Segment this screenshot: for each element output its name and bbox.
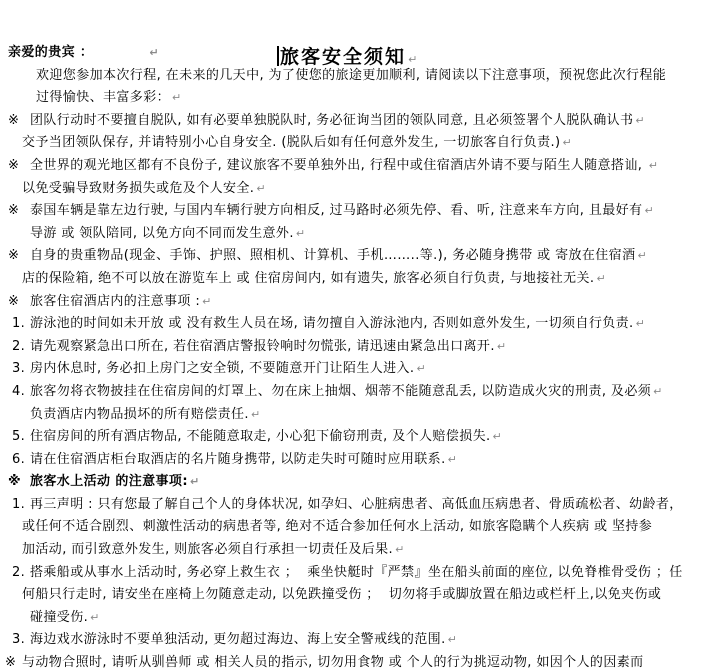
text-line: 欢迎您参加本次行程, 在未来的几天中, 为了使您的旅途更加顺利, 请阅读以下注意…	[0, 65, 727, 88]
list-marker: ※	[8, 110, 19, 133]
paragraph-mark-icon: ↵	[446, 453, 457, 466]
line-text: 旅客住宿酒店内的注意事项 :	[30, 294, 200, 309]
text-line: 何船只行走时, 请安坐在座椅上勿随意走动, 以免跌撞受伤 ； 切勿将手或脚放置在…	[0, 584, 727, 607]
list-marker: 3.	[12, 358, 25, 381]
bullet-line: ※与动物合照时, 请听从驯兽师 或 相关人员的指示, 切勿用食物 或 个人的行为…	[0, 652, 727, 670]
paragraph-mark-icon: ↵	[93, 46, 158, 59]
line-text: 负责酒店内物品损坏的所有赔偿责任.	[30, 407, 249, 422]
paragraph-mark-icon: ↵	[188, 475, 199, 488]
text-line: 店的保险箱, 绝不可以放在游览车上 或 住宿房间内, 如有遗失, 旅客必须自行负…	[0, 268, 727, 291]
list-marker: ※	[5, 652, 16, 670]
paragraph-mark-icon: ↵	[633, 114, 644, 127]
line-text: 以免受骗导致财务损失或危及个人安全.	[22, 181, 254, 196]
numbered-line: 1.游泳池的时间如未开放 或 没有救生人员在场, 请勿擅自入游泳池内, 否则如意…	[0, 313, 727, 336]
paragraph-mark-icon: ↵	[170, 91, 181, 104]
line-text: 亲爱的贵宾 ：	[8, 45, 93, 60]
text-line: 导游 或 领队陪同, 以免方向不同而发生意外.↵	[0, 223, 727, 246]
paragraph-mark-icon: ↵	[635, 249, 646, 262]
line-text: 何船只行走时, 请安坐在座椅上勿随意走动, 以免跌撞受伤 ； 切勿将手或脚放置在…	[22, 587, 661, 602]
numbered-line: 3.房内休息时, 务必扣上房门之安全锁, 不要随意开门让陌生人进入.↵	[0, 358, 727, 381]
text-line: 加活动, 而引致意外发生, 则旅客必须自行承担一切责任及后果.↵	[0, 539, 727, 562]
line-text: 海边戏水游泳时不要单独活动, 更勿超过海边、海上安全警戒线的范围.	[30, 632, 446, 647]
line-text: 住宿房间的所有酒店物品, 不能随意取走, 小心犯下偷窃刑责, 及个人赔偿损失.	[30, 429, 491, 444]
bullet-line: ※团队行动时不要擅自脱队, 如有必要单独脱队时, 务必征询当团的领队同意, 且必…	[0, 110, 727, 133]
paragraph-mark-icon: ↵	[294, 227, 305, 240]
paragraph-mark-icon: ↵	[647, 159, 658, 172]
bullet-line: ※旅客住宿酒店内的注意事项 :↵	[0, 291, 727, 314]
line-text: 过得愉快、丰富多彩：	[36, 90, 170, 105]
line-text: 团队行动时不要擅自脱队, 如有必要单独脱队时, 务必征询当团的领队同意, 且必须…	[30, 113, 633, 128]
list-marker: 1.	[12, 313, 25, 336]
paragraph-mark-icon: ↵	[651, 385, 662, 398]
paragraph-mark-icon: ↵	[642, 204, 653, 217]
line-text: 加活动, 而引致意外发生, 则旅客必须自行承担一切责任及后果.	[22, 542, 393, 557]
line-text: 旅客勿将衣物披挂在住宿房间的灯罩上、勿在床上抽烟、烟蒂不能随意乱丢, 以防造成火…	[30, 384, 651, 399]
numbered-line: 2.搭乘船或从事水上活动时, 务必穿上救生衣 ； 乘坐快艇时『严禁』坐在船头前面…	[0, 562, 727, 585]
line-text: 或任何不适合剧烈、刺激性活动的病患者等, 绝对不适合参加任何水上活动, 如旅客隐…	[22, 519, 652, 534]
line-text: 房内休息时, 务必扣上房门之安全锁, 不要随意开门让陌生人进入.	[30, 361, 414, 376]
list-marker: ※	[8, 245, 19, 268]
paragraph-mark-icon: ↵	[560, 136, 571, 149]
paragraph-mark-icon: ↵	[634, 317, 645, 330]
list-marker: 4.	[12, 381, 25, 404]
text-line: 或任何不适合剧烈、刺激性活动的病患者等, 绝对不适合参加任何水上活动, 如旅客隐…	[0, 516, 727, 539]
paragraph-mark-icon: ↵	[414, 362, 425, 375]
text-line: 以免受骗导致财务损失或危及个人安全.↵	[0, 178, 727, 201]
numbered-line: 6.请在住宿酒店柜台取酒店的名片随身携带, 以防走失时可随时应用联系.↵	[0, 449, 727, 472]
list-marker: ※	[8, 471, 21, 494]
paragraph-mark-icon: ↵	[594, 272, 605, 285]
text-line: 负责酒店内物品损坏的所有赔偿责任.↵	[0, 404, 727, 427]
list-marker: 6.	[12, 449, 25, 472]
paragraph-mark-icon: ↵	[446, 633, 457, 646]
line-text: 游泳池的时间如未开放 或 没有救生人员在场, 请勿擅自入游泳池内, 否则如意外发…	[30, 316, 634, 331]
bullet-line: ※自身的贵重物品(现金、手饰、护照、照相机、计算机、手机……..等.), 务必随…	[0, 245, 727, 268]
list-marker: 2.	[12, 336, 25, 359]
paragraph-mark-icon: ↵	[393, 543, 404, 556]
line-text: 旅客水上活动 的注意事项:	[30, 474, 188, 489]
list-marker: ※	[8, 291, 19, 314]
numbered-line: 4.旅客勿将衣物披挂在住宿房间的灯罩上、勿在床上抽烟、烟蒂不能随意乱丢, 以防造…	[0, 381, 727, 404]
list-marker: 5.	[12, 426, 25, 449]
text-line: 碰撞受伤.↵	[0, 607, 727, 630]
line-text: 再三声明 : 只有您最了解自己个人的身体状况, 如孕妇、心脏病患者、高低血压病患…	[30, 497, 683, 512]
paragraph-mark-icon: ↵	[88, 611, 99, 624]
text-line: 交予当团领队保存, 并请特别小心自身安全. (脱队后如有任何意外发生, 一切旅客…	[0, 132, 727, 155]
numbered-line: 3.海边戏水游泳时不要单独活动, 更勿超过海边、海上安全警戒线的范围.↵	[0, 629, 727, 652]
list-marker: ※	[8, 155, 19, 178]
line-text: 导游 或 领队陪同, 以免方向不同而发生意外.	[30, 226, 294, 241]
list-marker: ※	[8, 200, 19, 223]
line-text: 交予当团领队保存, 并请特别小心自身安全. (脱队后如有任何意外发生, 一切旅客…	[22, 135, 560, 150]
list-marker: 2.	[12, 562, 25, 585]
line-text: 自身的贵重物品(现金、手饰、护照、照相机、计算机、手机……..等.), 务必随身…	[30, 248, 635, 263]
numbered-line: 1.再三声明 : 只有您最了解自己个人的身体状况, 如孕妇、心脏病患者、高低血压…	[0, 494, 727, 517]
paragraph-mark-icon: ↵	[254, 182, 265, 195]
line-text: 欢迎您参加本次行程, 在未来的几天中, 为了使您的旅途更加顺利, 请阅读以下注意…	[36, 68, 666, 83]
bullet-line: ※旅客水上活动 的注意事项:↵	[0, 471, 727, 494]
bullet-line: ※全世界的观光地区都有不良份子, 建议旅客不要单独外出, 行程中或住宿酒店外请不…	[0, 155, 727, 178]
document-body: 亲爱的贵宾 ：↵欢迎您参加本次行程, 在未来的几天中, 为了使您的旅途更加顺利,…	[0, 42, 727, 670]
bullet-line: ※泰国车辆是靠左边行驶, 与国内车辆行驶方向相反, 过马路时必须先停、看、听, …	[0, 200, 727, 223]
paragraph-mark-icon: ↵	[200, 295, 211, 308]
line-text: 店的保险箱, 绝不可以放在游览车上 或 住宿房间内, 如有遗失, 旅客必须自行负…	[22, 271, 594, 286]
line-text: 全世界的观光地区都有不良份子, 建议旅客不要单独外出, 行程中或住宿酒店外请不要…	[30, 158, 647, 173]
line-text: 请先观察紧急出口所在, 若住宿酒店警报铃响时勿慌张, 请迅速由紧急出口离开.	[30, 339, 495, 354]
line-text: 搭乘船或从事水上活动时, 务必穿上救生衣 ； 乘坐快艇时『严禁』坐在船头前面的座…	[30, 565, 683, 580]
numbered-line: 5.住宿房间的所有酒店物品, 不能随意取走, 小心犯下偷窃刑责, 及个人赔偿损失…	[0, 426, 727, 449]
line-text: 碰撞受伤.	[30, 610, 88, 625]
list-marker: 3.	[12, 629, 25, 652]
paragraph-mark-icon: ↵	[495, 340, 506, 353]
list-marker: 1.	[12, 494, 25, 517]
paragraph-mark-icon: ↵	[491, 430, 502, 443]
line-text: 与动物合照时, 请听从驯兽师 或 相关人员的指示, 切勿用食物 或 个人的行为挑…	[22, 655, 644, 670]
numbered-line: 2.请先观察紧急出口所在, 若住宿酒店警报铃响时勿慌张, 请迅速由紧急出口离开.…	[0, 336, 727, 359]
paragraph-mark-icon: ↵	[249, 408, 260, 421]
text-line: 亲爱的贵宾 ：↵	[0, 42, 727, 65]
text-line: 过得愉快、丰富多彩：↵	[0, 87, 727, 110]
document-page[interactable]: 旅客安全须知↵ 亲爱的贵宾 ：↵欢迎您参加本次行程, 在未来的几天中, 为了使您…	[0, 0, 727, 670]
line-text: 泰国车辆是靠左边行驶, 与国内车辆行驶方向相反, 过马路时必须先停、看、听, 注…	[30, 203, 642, 218]
document-title-row: 旅客安全须知↵	[0, 6, 674, 42]
line-text: 请在住宿酒店柜台取酒店的名片随身携带, 以防走失时可随时应用联系.	[30, 452, 446, 467]
